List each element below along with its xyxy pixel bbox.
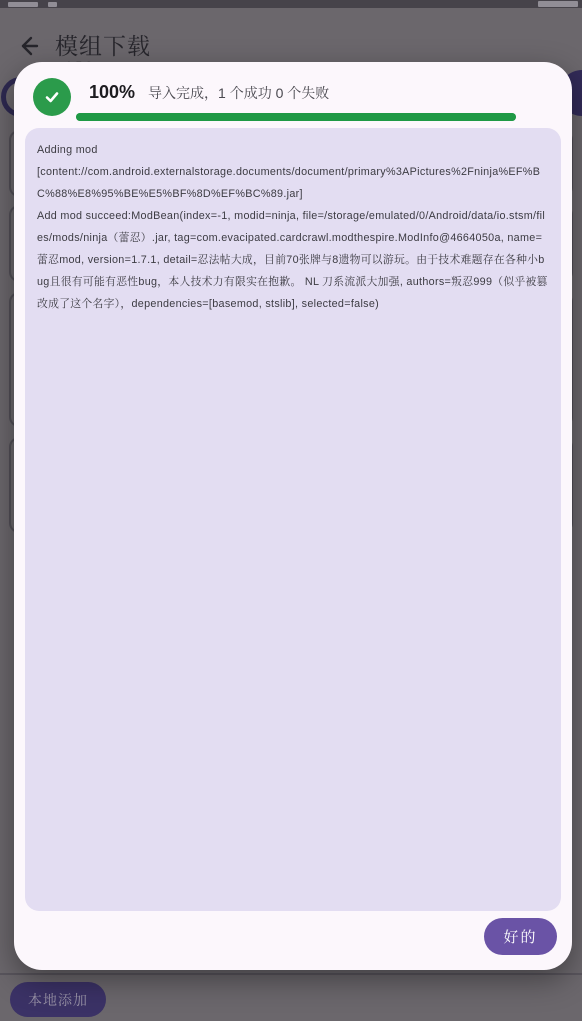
status-bar	[0, 0, 582, 8]
success-check-icon	[33, 78, 71, 116]
local-add-button[interactable]: 本地添加	[10, 982, 106, 1017]
progress-bar	[76, 113, 516, 121]
back-button[interactable]	[15, 33, 41, 59]
page-title: 模组下载	[55, 28, 151, 61]
background-divider	[0, 973, 582, 975]
progress-status-text: 导入完成，1 个成功 0 个失败	[148, 83, 329, 103]
confirm-button[interactable]: 好的	[484, 918, 557, 955]
progress-summary: 100% 导入完成，1 个成功 0 个失败	[89, 82, 329, 103]
import-log-panel[interactable]: Adding mod [content://com.android.extern…	[25, 128, 561, 911]
status-bar-icon-fragment	[48, 2, 57, 7]
progress-percent: 100%	[89, 82, 135, 103]
arrow-left-icon	[15, 33, 41, 59]
progress-bar-fill	[76, 113, 516, 121]
status-bar-time-fragment	[8, 2, 38, 7]
import-log-text: Adding mod [content://com.android.extern…	[37, 139, 549, 315]
page-header: 模组下载 v.1.5.0	[0, 8, 582, 62]
status-bar-battery-fragment	[538, 1, 578, 7]
import-progress-dialog: 100% 导入完成，1 个成功 0 个失败 Adding mod [conten…	[14, 62, 572, 970]
app-screen: 模组下载 v.1.5.0 本地添加 100% 导入完成，1 个成功 0 个失败 …	[0, 0, 582, 1021]
